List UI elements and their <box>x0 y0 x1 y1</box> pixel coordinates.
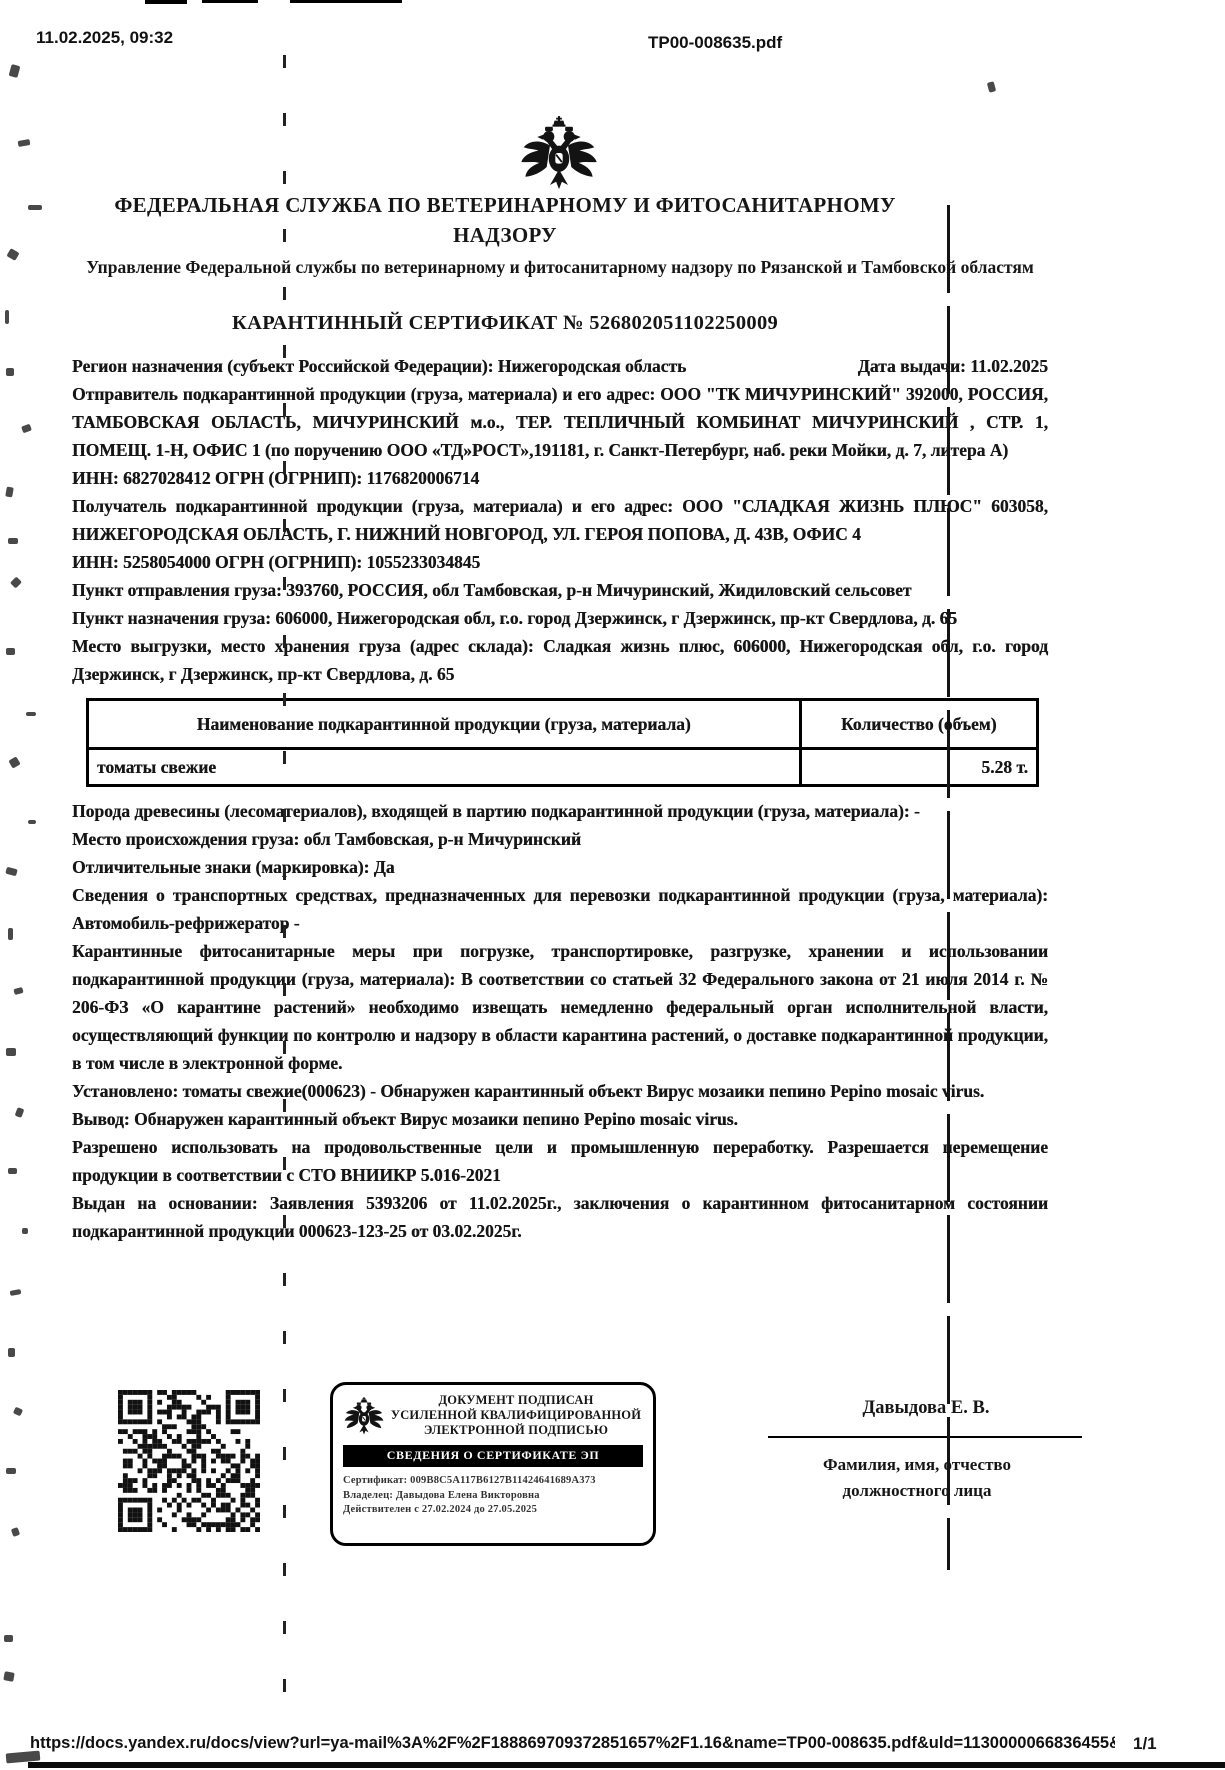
scan-noise-mark <box>5 486 14 497</box>
certificate-body: Регион назначения (субъект Российской Фе… <box>72 352 1048 1245</box>
products-table: Наименование подкарантинной продукции (г… <box>86 698 1039 787</box>
paragraph-unloading-place: Место выгрузки, место хранения груза (ад… <box>72 632 1048 688</box>
scan-noise-mark <box>22 1228 28 1234</box>
scan-noise-mark <box>15 1107 25 1118</box>
scan-artifact-top-dash <box>202 0 258 3</box>
paragraph-quarantine-measures: Карантинные фитосанитарные меры при погр… <box>72 937 1048 1077</box>
scan-noise-mark <box>13 1407 23 1417</box>
stamp-title-line2: УСИЛЕННОЙ КВАЛИФИЦИРОВАННОЙ <box>389 1408 643 1423</box>
paragraph-issued-basis: Выдан на основании: Заявления 5393206 от… <box>72 1189 1048 1245</box>
paragraph-conclusion: Вывод: Обнаружен карантинный объект Виру… <box>72 1105 1048 1133</box>
table-header-row: Наименование подкарантинной продукции (г… <box>88 700 1038 749</box>
stamp-header: ДОКУМЕНТ ПОДПИСАН УСИЛЕННОЙ КВАЛИФИЦИРОВ… <box>343 1393 643 1438</box>
scan-noise-mark <box>28 205 42 210</box>
region-line: Регион назначения (субъект Российской Фе… <box>72 352 686 380</box>
stamp-details: Сертификат: 009B8C5A117B6127B11424641689… <box>343 1474 643 1518</box>
stamp-owner-line: Владелец: Давыдова Елена Викторовна <box>343 1489 643 1504</box>
scan-noise-mark <box>8 538 18 544</box>
scan-artifact-vline-right <box>947 205 950 1570</box>
paragraph-transport: Сведения о транспортных средствах, предн… <box>72 881 1048 937</box>
signatory-name: Давыдова Е. В. <box>770 1398 1082 1419</box>
signature-stamp: ДОКУМЕНТ ПОДПИСАН УСИЛЕННОЙ КВАЛИФИЦИРОВ… <box>330 1382 656 1546</box>
department-name: Управление Федеральной службы по ветерин… <box>78 254 1042 281</box>
scan-noise-mark <box>11 1527 20 1537</box>
page-indicator: 1/1 <box>1133 1734 1157 1754</box>
paragraph-origin: Место происхождения груза: обл Тамбовска… <box>72 825 1048 853</box>
scan-noise-mark <box>6 1048 16 1056</box>
scan-noise-mark <box>5 867 17 877</box>
scan-noise-mark <box>8 1348 15 1357</box>
scan-noise-mark <box>18 139 31 147</box>
scan-artifact-top-dash <box>145 0 187 4</box>
signature-line <box>768 1436 1082 1438</box>
scan-noise-mark <box>6 248 19 261</box>
scan-noise-mark <box>6 648 15 655</box>
paragraph-destination-point: Пункт назначения груза: 606000, Нижегоро… <box>72 604 1048 632</box>
stamp-title-line3: ЭЛЕКТРОННОЙ ПОДПИСЬЮ <box>389 1423 643 1438</box>
agency-title: ФЕДЕРАЛЬНАЯ СЛУЖБА ПО ВЕТЕРИНАРНОМУ И ФИ… <box>85 190 925 250</box>
table-header-product: Наименование подкарантинной продукции (г… <box>88 700 801 749</box>
scan-noise-mark <box>6 368 14 376</box>
scan-noise-mark <box>5 310 9 324</box>
stamp-cert-line: Сертификат: 009B8C5A117B6127B11424641689… <box>343 1474 643 1489</box>
signature-caption: Фамилия, имя, отчество должностного лица <box>792 1452 1042 1504</box>
paragraph-departure-point: Пункт отправления груза: 393760, РОССИЯ,… <box>72 576 1048 604</box>
table-header-quantity: Количество (объем) <box>800 700 1038 749</box>
stamp-certificate-band: СВЕДЕНИЯ О СЕРТИФИКАТЕ ЭП <box>343 1445 643 1467</box>
scan-noise-mark <box>8 756 20 768</box>
scan-artifact-vline-left <box>283 55 286 1720</box>
print-datetime: 11.02.2025, 09:32 <box>36 28 173 48</box>
stamp-validity-line: Действителен с 27.02.2024 до 27.05.2025 <box>343 1503 643 1518</box>
russia-coat-of-arms-icon <box>518 110 600 196</box>
issue-date: Дата выдачи: 11.02.2025 <box>858 352 1048 380</box>
paragraph-receiver: Получатель подкарантинной продукции (гру… <box>72 492 1048 548</box>
scan-noise-mark <box>21 424 32 434</box>
scan-noise-mark <box>8 928 13 940</box>
scan-noise-mark <box>9 64 21 78</box>
scan-noise-mark <box>10 1289 22 1296</box>
scan-noise-mark <box>26 712 36 716</box>
paragraph-permission: Разрешено использовать на продовольствен… <box>72 1133 1048 1189</box>
scan-noise-mark <box>28 820 36 824</box>
paragraph-sender-inn: ИНН: 6827028412 ОГРН (ОГРНИП): 117682000… <box>72 464 1048 492</box>
quantity-cell: 5.28 т. <box>800 749 1038 786</box>
scan-noise-mark <box>4 1635 13 1642</box>
paragraph-established: Установлено: томаты свежие(000623) - Обн… <box>72 1077 1048 1105</box>
scan-noise-mark <box>987 81 996 92</box>
scan-noise-mark <box>6 1468 16 1474</box>
scan-noise-mark <box>13 987 23 995</box>
scan-noise-mark <box>10 576 22 588</box>
stamp-eagle-icon <box>343 1394 385 1438</box>
certificate-title: КАРАНТИННЫЙ СЕРТИФИКАТ № 526802051102250… <box>85 312 925 335</box>
stamp-title: ДОКУМЕНТ ПОДПИСАН УСИЛЕННОЙ КВАЛИФИЦИРОВ… <box>389 1393 643 1438</box>
print-filename: ТР00-008635.pdf <box>648 33 782 53</box>
scan-noise-mark <box>3 1671 14 1682</box>
scan-bottom-edge <box>28 1762 1225 1768</box>
product-name-cell: томаты свежие <box>88 749 801 786</box>
stamp-title-line1: ДОКУМЕНТ ПОДПИСАН <box>389 1393 643 1408</box>
scan-noise-mark <box>8 1168 17 1174</box>
paragraph-marking: Отличительные знаки (маркировка): Да <box>72 853 1048 881</box>
paragraph-sender: Отправитель подкарантинной продукции (гр… <box>72 380 1048 464</box>
qr-code <box>118 1386 260 1536</box>
footer-url: https://docs.yandex.ru/docs/view?url=ya-… <box>30 1734 1115 1753</box>
table-row: томаты свежие 5.28 т. <box>88 749 1038 786</box>
paragraph-wood-species: Порода древесины (лесоматериалов), входя… <box>72 797 1048 825</box>
region-date-row: Регион назначения (субъект Российской Фе… <box>72 352 1048 380</box>
paragraph-receiver-inn: ИНН: 5258054000 ОГРН (ОГРНИП): 105523303… <box>72 548 1048 576</box>
scan-artifact-top-dash <box>290 0 402 3</box>
scanned-certificate-page: 11.02.2025, 09:32 ТР00-008635.pdf ФЕДЕРА… <box>0 0 1225 1770</box>
